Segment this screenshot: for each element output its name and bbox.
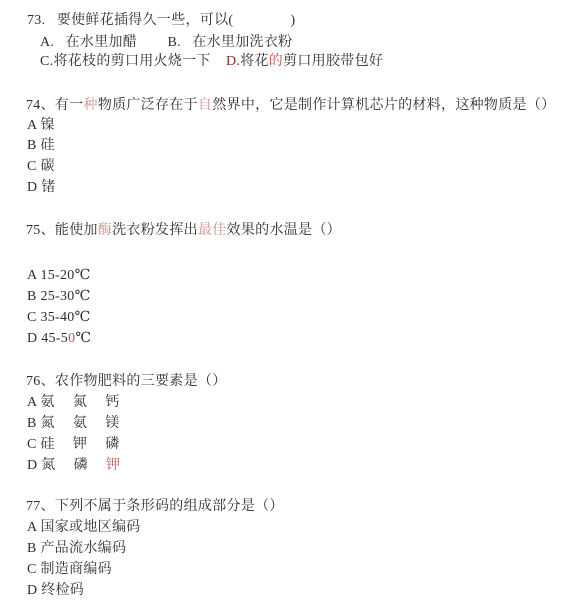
text-segment: D 终检码 (27, 583, 84, 598)
text-segment: B 硅 (27, 138, 55, 153)
text-segment: B 25-30℃ (27, 289, 91, 304)
quiz-document-page: 73. 要使鲜花插得久一些，可以( )A. 在水里加醋 B. 在水里加洗衣粉C.… (0, 0, 588, 612)
text-segment: D 锗 (27, 180, 56, 195)
question-74-option-a: A 镍 (27, 117, 55, 134)
text-segment: 剪口用胶带包好 (283, 54, 383, 69)
text-segment: A 15-20℃ (27, 268, 91, 283)
question-76-stem: 76、农作物肥料的三要素是（） (26, 373, 227, 390)
question-77-option-b: B 产品流水编码 (27, 540, 126, 557)
text-segment: 77、下列不属于条形码的组成部分是（） (26, 499, 284, 514)
highlighted-text-segment: 自 (198, 98, 212, 113)
highlighted-text-segment: 种 (84, 98, 98, 113)
question-77-option-a: A 国家或地区编码 (27, 519, 141, 536)
question-75-option-c: C 35-40℃ (27, 309, 91, 326)
question-74-stem: 74、有一种物质广泛存在于自然界中，它是制作计算机芯片的材料，这种物质是（） (26, 97, 555, 114)
text-segment: ℃ (75, 331, 91, 346)
text-segment: 洗衣粉发挥出 (112, 223, 198, 238)
question-74-option-b: B 硅 (27, 137, 55, 154)
question-75-stem: 75、能使加酶洗衣粉发挥出最佳效果的水温是（） (26, 222, 341, 239)
question-75-option-b: B 25-30℃ (27, 288, 91, 305)
question-77-stem: 77、下列不属于条形码的组成部分是（） (26, 498, 284, 515)
text-segment: A. 在水里加醋 B. 在水里加洗衣粉 (40, 35, 292, 50)
text-segment: C 35-40℃ (27, 310, 91, 325)
question-76-option-b: B 氮 氨 镁 (27, 415, 120, 432)
text-segment: A 氨 氮 钙 (27, 395, 120, 410)
text-segment: D 45-5 (27, 331, 68, 346)
text-segment: 将花 (240, 54, 269, 69)
text-segment: C 硅 钾 磷 (27, 437, 120, 452)
question-73-options-cd: C.将花枝的剪口用火烧一下 D.将花的剪口用胶带包好 (40, 53, 383, 70)
highlighted-text-segment: 的 (269, 54, 283, 69)
text-segment: C 碳 (27, 159, 55, 174)
text-segment: B 产品流水编码 (27, 541, 126, 556)
question-77-option-d: D 终检码 (27, 582, 84, 599)
text-segment: B 氮 氨 镁 (27, 416, 120, 431)
text-segment: 然界中，它是制作计算机芯片的材料，这种物质是（） (212, 98, 555, 113)
text-segment: 物质广泛存在于 (98, 98, 198, 113)
text-segment: 74、有一 (26, 98, 84, 113)
text-segment: 76、农作物肥料的三要素是（） (26, 374, 227, 389)
text-segment: A 国家或地区编码 (27, 520, 141, 535)
text-segment: C 制造商编码 (27, 562, 112, 577)
highlighted-text-segment: 酶 (98, 223, 112, 238)
question-74-option-d: D 锗 (27, 179, 56, 196)
question-73-stem: 73. 要使鲜花插得久一些，可以( ) (27, 12, 296, 29)
question-76-option-c: C 硅 钾 磷 (27, 436, 120, 453)
question-77-option-c: C 制造商编码 (27, 561, 112, 578)
question-75-option-d: D 45-50℃ (27, 330, 91, 347)
question-73-options-ab: A. 在水里加醋 B. 在水里加洗衣粉 (40, 34, 292, 51)
text-segment: A 镍 (27, 118, 55, 133)
highlighted-text-segment: 最佳 (198, 223, 227, 238)
text-segment: 73. 要使鲜花插得久一些，可以( ) (27, 13, 296, 28)
highlighted-text-segment: 钾 (106, 458, 120, 473)
text-segment: C.将花枝的剪口用火烧一下 (40, 54, 226, 69)
question-75-option-a: A 15-20℃ (27, 267, 91, 284)
question-74-option-c: C 碳 (27, 158, 55, 175)
question-76-option-d: D 氮 磷 钾 (27, 457, 120, 474)
text-segment: D 氮 磷 (27, 458, 106, 473)
question-76-option-a: A 氨 氮 钙 (27, 394, 120, 411)
highlighted-text-segment: D. (226, 54, 240, 69)
text-segment: 75、能使加 (26, 223, 98, 238)
text-segment: 效果的水温是（） (227, 223, 341, 238)
